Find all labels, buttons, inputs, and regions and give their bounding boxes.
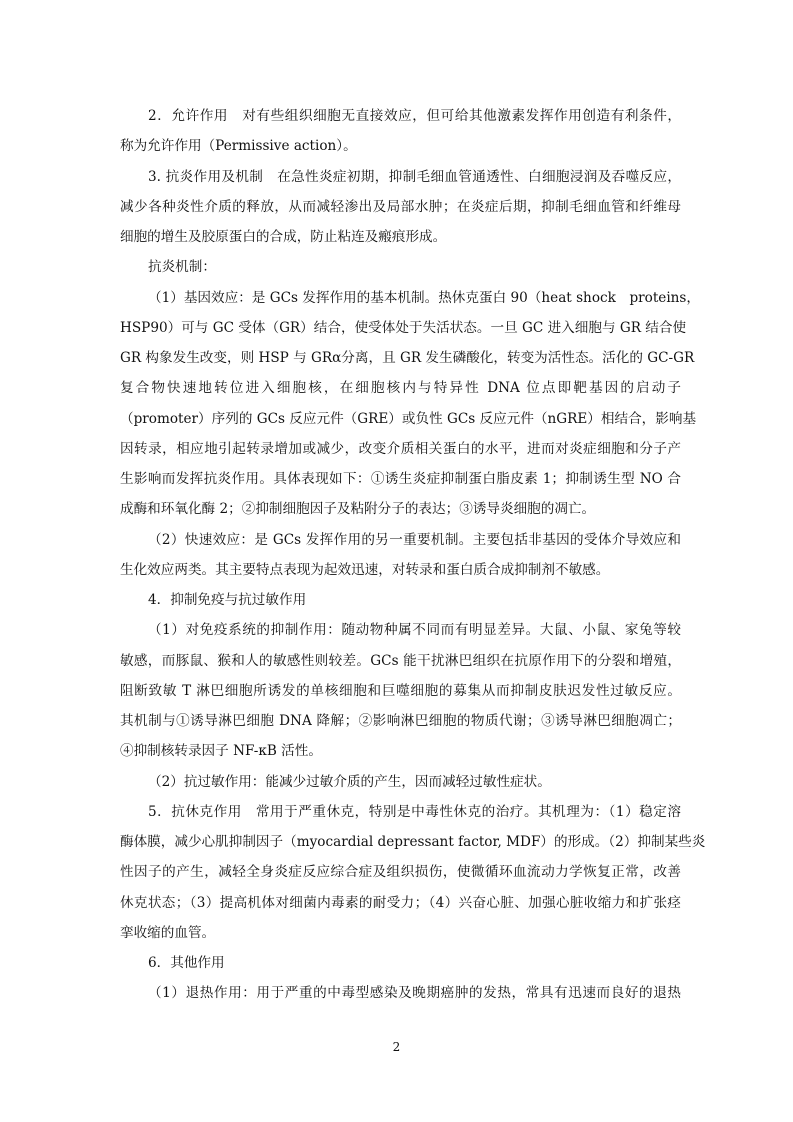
paragraph-line-rapid-effect: （2）快速效应：是 GCs 发挥作用的另一重要机制。主要包括非基因的受体介导效应… (120, 525, 681, 555)
paragraph-line-immune-suppression: （1）对免疫系统的抑制作用：随动物种属不同而有明显差异。大鼠、小鼠、家兔等较 (120, 615, 681, 645)
page-number: 2 (0, 1038, 793, 1056)
paragraph-line: 休克状态；（3）提高机体对细菌内毒素的耐受力；（4）兴奋心脏、加强心脏收缩力和扩… (120, 888, 681, 918)
paragraph-line: 性因子的产生，减轻全身炎症反应综合症及组织损伤，使微循环血流动力学恢复正常，改善 (120, 857, 681, 887)
paragraph-line-anti-shock-heading: 5．抗休克作用 常用于严重休克，特别是中毒性休克的治疗。其机理为：（1）稳定溶 (120, 797, 681, 827)
paragraph-line: GR 构象发生改变，则 HSP 与 GRα分离，且 GR 发生磷酸化，转变为活性… (120, 343, 681, 373)
section-heading-other-effects: 6．其他作用 (120, 948, 681, 978)
paragraph-line: 其机制与①诱导淋巴细胞 DNA 降解；②影响淋巴细胞的物质代谢；③诱导淋巴细胞凋… (120, 706, 681, 736)
paragraph-line: 酶体膜，减少心肌抑制因子（myocardial depressant facto… (120, 827, 681, 857)
paragraph-line: 称为允许作用（Permissive action）。 (120, 131, 681, 161)
paragraph-line: 阻断致敏 T 淋巴细胞所诱发的单核细胞和巨噬细胞的募集从而抑制皮肤迟发性过敏反应… (120, 676, 681, 706)
document-page-body: 2．允许作用 对有些组织细胞无直接效应，但可给其他激素发挥作用创造有利条件， 称… (120, 101, 681, 1009)
paragraph-line: 挛收缩的血管。 (120, 918, 681, 948)
paragraph-line: 生化效应两类。其主要特点表现为起效迅速，对转录和蛋白质合成抑制剂不敏感。 (120, 555, 681, 585)
paragraph-line: ④抑制核转录因子 NF-κB 活性。 (120, 736, 681, 766)
paragraph-line-permissive-heading: 2．允许作用 对有些组织细胞无直接效应，但可给其他激素发挥作用创造有利条件， (120, 101, 681, 131)
paragraph-line: 敏感，而豚鼠、猴和人的敏感性则较差。GCs 能干扰淋巴组织在抗原作用下的分裂和增… (120, 646, 681, 676)
paragraph-line-genomic-effect: （1）基因效应：是 GCs 发挥作用的基本机制。热休克蛋白 90（heat sh… (120, 283, 681, 313)
paragraph-line: HSP90）可与 GC 受体（GR）结合，使受体处于失活状态。一旦 GC 进入细… (120, 313, 681, 343)
paragraph-line: 细胞的增生及胶原蛋白的合成，防止粘连及瘢痕形成。 (120, 222, 681, 252)
section-label-mechanism: 抗炎机制： (120, 252, 681, 282)
paragraph-line: 减少各种炎性介质的释放，从而减轻渗出及局部水肿；在炎症后期，抑制毛细血管和纤维母 (120, 192, 681, 222)
paragraph-line-anti-allergy: （2）抗过敏作用：能减少过敏介质的产生，因而减轻过敏性症状。 (120, 767, 681, 797)
section-heading-immunosuppression: 4．抑制免疫与抗过敏作用 (120, 585, 681, 615)
paragraph-line: 因转录，相应地引起转录增加或减少，改变介质相关蛋白的水平，进而对炎症细胞和分子产 (120, 434, 681, 464)
paragraph-line: 生影响而发挥抗炎作用。具体表现如下：①诱生炎症抑制蛋白脂皮素 1；抑制诱生型 N… (120, 464, 681, 494)
paragraph-line: （promoter）序列的 GCs 反应元件（GRE）或负性 GCs 反应元件（… (120, 404, 681, 434)
paragraph-line: 复合物快速地转位进入细胞核，在细胞核内与特异性 DNA 位点即靶基因的启动子 (120, 373, 681, 403)
paragraph-line: 成酶和环氧化酶 2；②抑制细胞因子及粘附分子的表达；③诱导炎细胞的凋亡。 (120, 494, 681, 524)
paragraph-line-anti-inflammatory-heading: 3. 抗炎作用及机制 在急性炎症初期，抑制毛细血管通透性、白细胞浸润及吞噬反应， (120, 162, 681, 192)
paragraph-line-antipyretic: （1）退热作用：用于严重的中毒型感染及晚期癌肿的发热，常具有迅速而良好的退热 (120, 978, 681, 1008)
